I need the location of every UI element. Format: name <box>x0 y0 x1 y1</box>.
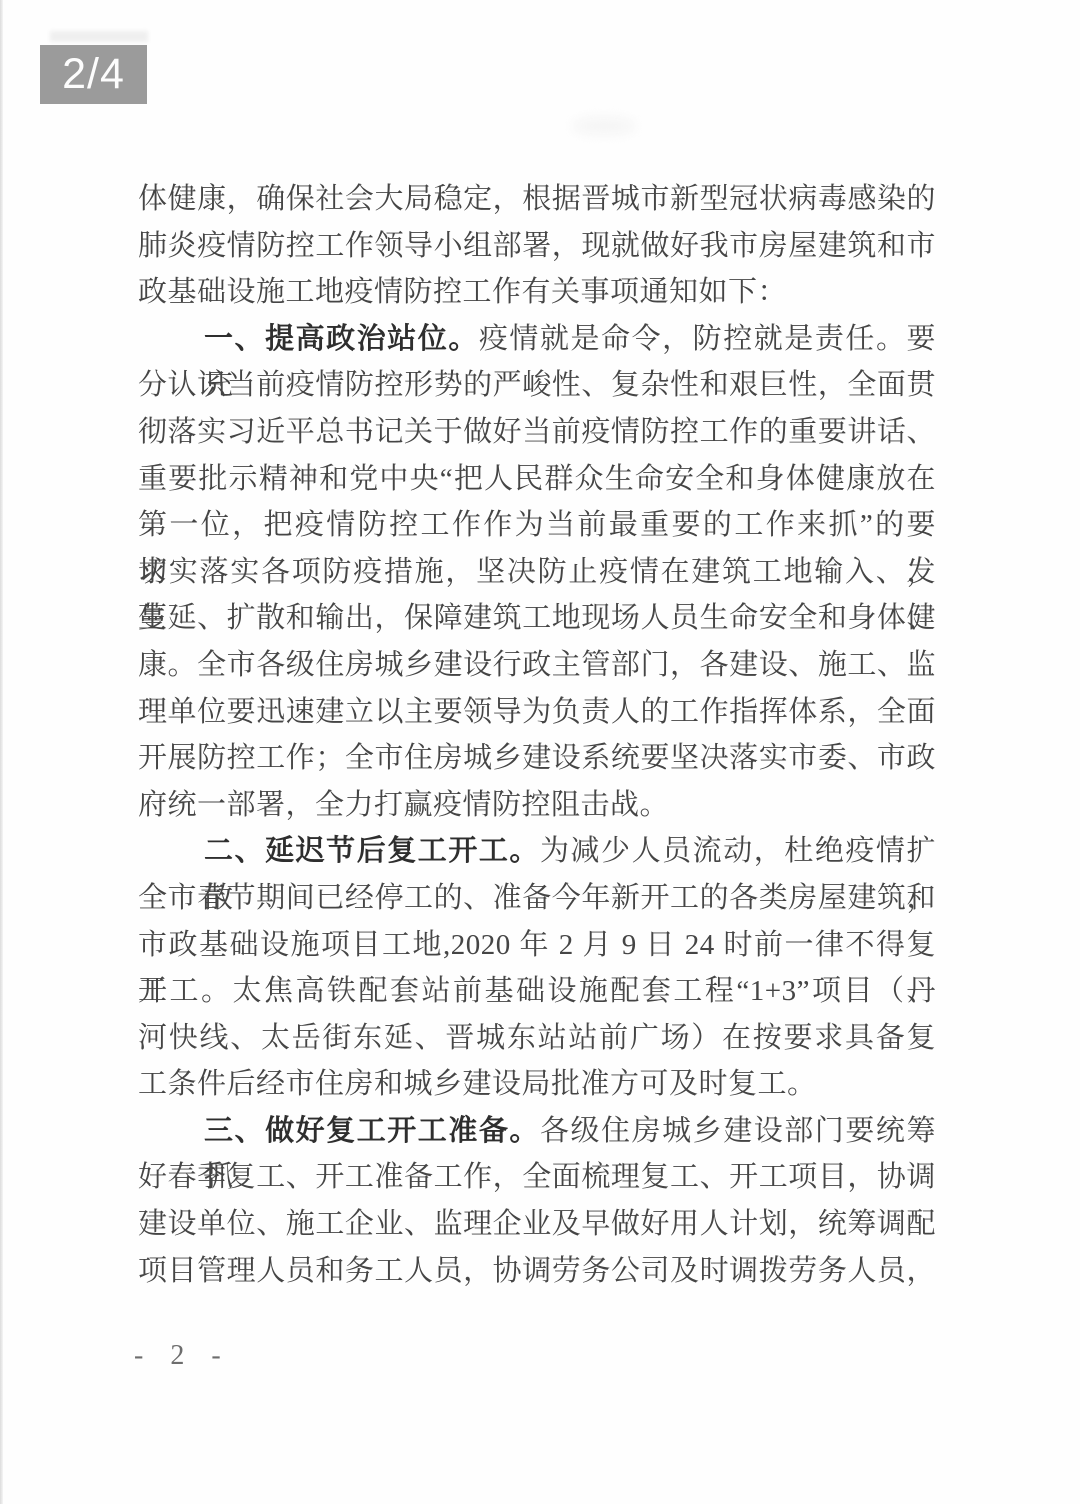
text-line: 工条件后经市住房和城乡建设局批准方可及时复工。 <box>138 1061 936 1108</box>
page-indicator-badge: 2/4 <box>40 45 147 104</box>
section-heading: 二、延迟节后复工开工。 <box>204 835 540 867</box>
paragraph-section-3: 三、做好复工开工准备。各级住房城乡建设部门要统筹抓 好春季复工、开工准备工作，全… <box>138 1108 936 1294</box>
line-text: 蔓延、扩散和输出，保障建筑工地现场人员生命安全和身体健 <box>138 602 936 634</box>
scan-artifact <box>50 31 148 42</box>
text-line: 全市春节期间已经停工的、准备今年新开工的各类房屋建筑和 <box>138 875 936 922</box>
line-text: 全市春节期间已经停工的、准备今年新开工的各类房屋建筑和 <box>138 882 936 914</box>
line-text: 建设单位、施工企业、监理企业及早做好用人计划，统筹调配 <box>138 1208 936 1240</box>
line-text: 分认识当前疫情防控形势的严峻性、复杂性和艰巨性，全面贯 <box>138 369 936 401</box>
text-line: 河快线、太岳街东延、晋城东站站前广场）在按要求具备复 <box>138 1015 936 1062</box>
text-line: 开展防控工作；全市住房城乡建设系统要坚决落实市委、市政 <box>138 735 936 782</box>
line-text: 体健康，确保社会大局稳定，根据晋城市新型冠状病毒感染的 <box>138 183 936 215</box>
line-text: 府统一部署，全力打赢疫情防控阻击战。 <box>138 789 669 821</box>
paragraph-section-2: 二、延迟节后复工开工。为减少人员流动，杜绝疫情扩散， 全市春节期间已经停工的、准… <box>138 828 936 1108</box>
scan-edge-line <box>0 0 3 1504</box>
text-line: 体健康，确保社会大局稳定，根据晋城市新型冠状病毒感染的 <box>138 176 936 223</box>
text-line: 第一位，把疫情防控工作作为当前最重要的工作来抓”的要求， <box>138 502 936 549</box>
document-body: 体健康，确保社会大局稳定，根据晋城市新型冠状病毒感染的 肺炎疫情防控工作领导小组… <box>138 176 936 1294</box>
text-line: 彻落实习近平总书记关于做好当前疫情防控工作的重要讲话、 <box>138 409 936 456</box>
text-line: 开工。太焦高铁配套站前基础设施配套工程“1+3”项目（丹 <box>138 968 936 1015</box>
line-text: 政基础设施工地疫情防控工作有关事项通知如下： <box>138 276 787 308</box>
line-text: 项目管理人员和务工人员，协调劳务公司及时调拨劳务人员， <box>138 1255 936 1287</box>
paragraph-intro: 体健康，确保社会大局稳定，根据晋城市新型冠状病毒感染的 肺炎疫情防控工作领导小组… <box>138 176 936 316</box>
text-line: 好春季复工、开工准备工作，全面梳理复工、开工项目，协调 <box>138 1154 936 1201</box>
text-line: 项目管理人员和务工人员，协调劳务公司及时调拨劳务人员， <box>138 1248 936 1295</box>
line-text: 重要批示精神和党中央“把人民群众生命安全和身体健康放在 <box>138 463 936 495</box>
text-line: 三、做好复工开工准备。各级住房城乡建设部门要统筹抓 <box>138 1108 936 1155</box>
text-line: 建设单位、施工企业、监理企业及早做好用人计划，统筹调配 <box>138 1201 936 1248</box>
line-text: 彻落实习近平总书记关于做好当前疫情防控工作的重要讲话、 <box>138 416 936 448</box>
line-text: 开工。太焦高铁配套站前基础设施配套工程“1+3”项目（丹 <box>138 975 936 1007</box>
text-line: 蔓延、扩散和输出，保障建筑工地现场人员生命安全和身体健 <box>138 595 936 642</box>
line-text: 河快线、太岳街东延、晋城东站站前广场）在按要求具备复 <box>138 1022 936 1054</box>
text-line: 切实落实各项防疫措施，坚决防止疫情在建筑工地输入、发生、 <box>138 549 936 596</box>
section-heading: 三、做好复工开工准备。 <box>204 1115 540 1147</box>
text-line: 府统一部署，全力打赢疫情防控阻击战。 <box>138 782 936 829</box>
section-heading: 一、提高政治站位。 <box>204 323 479 355</box>
paragraph-section-1: 一、提高政治站位。疫情就是命令，防控就是责任。要充 分认识当前疫情防控形势的严峻… <box>138 316 936 829</box>
footer-page-number: - 2 - <box>134 1340 230 1372</box>
text-line: 分认识当前疫情防控形势的严峻性、复杂性和艰巨性，全面贯 <box>138 362 936 409</box>
line-text: 康。全市各级住房城乡建设行政主管部门，各建设、施工、监 <box>138 649 936 681</box>
line-text: 好春季复工、开工准备工作，全面梳理复工、开工项目，协调 <box>138 1161 936 1193</box>
text-line: 二、延迟节后复工开工。为减少人员流动，杜绝疫情扩散， <box>138 828 936 875</box>
text-line: 市政基础设施项目工地,2020 年 2 月 9 日 24 时前一律不得复工、 <box>138 922 936 969</box>
text-line: 一、提高政治站位。疫情就是命令，防控就是责任。要充 <box>138 316 936 363</box>
scan-smudge <box>572 118 636 134</box>
line-text: 肺炎疫情防控工作领导小组部署，现就做好我市房屋建筑和市 <box>138 230 936 262</box>
text-line: 理单位要迅速建立以主要领导为负责人的工作指挥体系，全面 <box>138 689 936 736</box>
line-text: 理单位要迅速建立以主要领导为负责人的工作指挥体系，全面 <box>138 696 936 728</box>
text-line: 康。全市各级住房城乡建设行政主管部门，各建设、施工、监 <box>138 642 936 689</box>
text-line: 政基础设施工地疫情防控工作有关事项通知如下： <box>138 269 936 316</box>
line-text: 工条件后经市住房和城乡建设局批准方可及时复工。 <box>138 1068 817 1100</box>
text-line: 肺炎疫情防控工作领导小组部署，现就做好我市房屋建筑和市 <box>138 223 936 270</box>
text-line: 重要批示精神和党中央“把人民群众生命安全和身体健康放在 <box>138 456 936 503</box>
line-text: 开展防控工作；全市住房城乡建设系统要坚决落实市委、市政 <box>138 742 936 774</box>
